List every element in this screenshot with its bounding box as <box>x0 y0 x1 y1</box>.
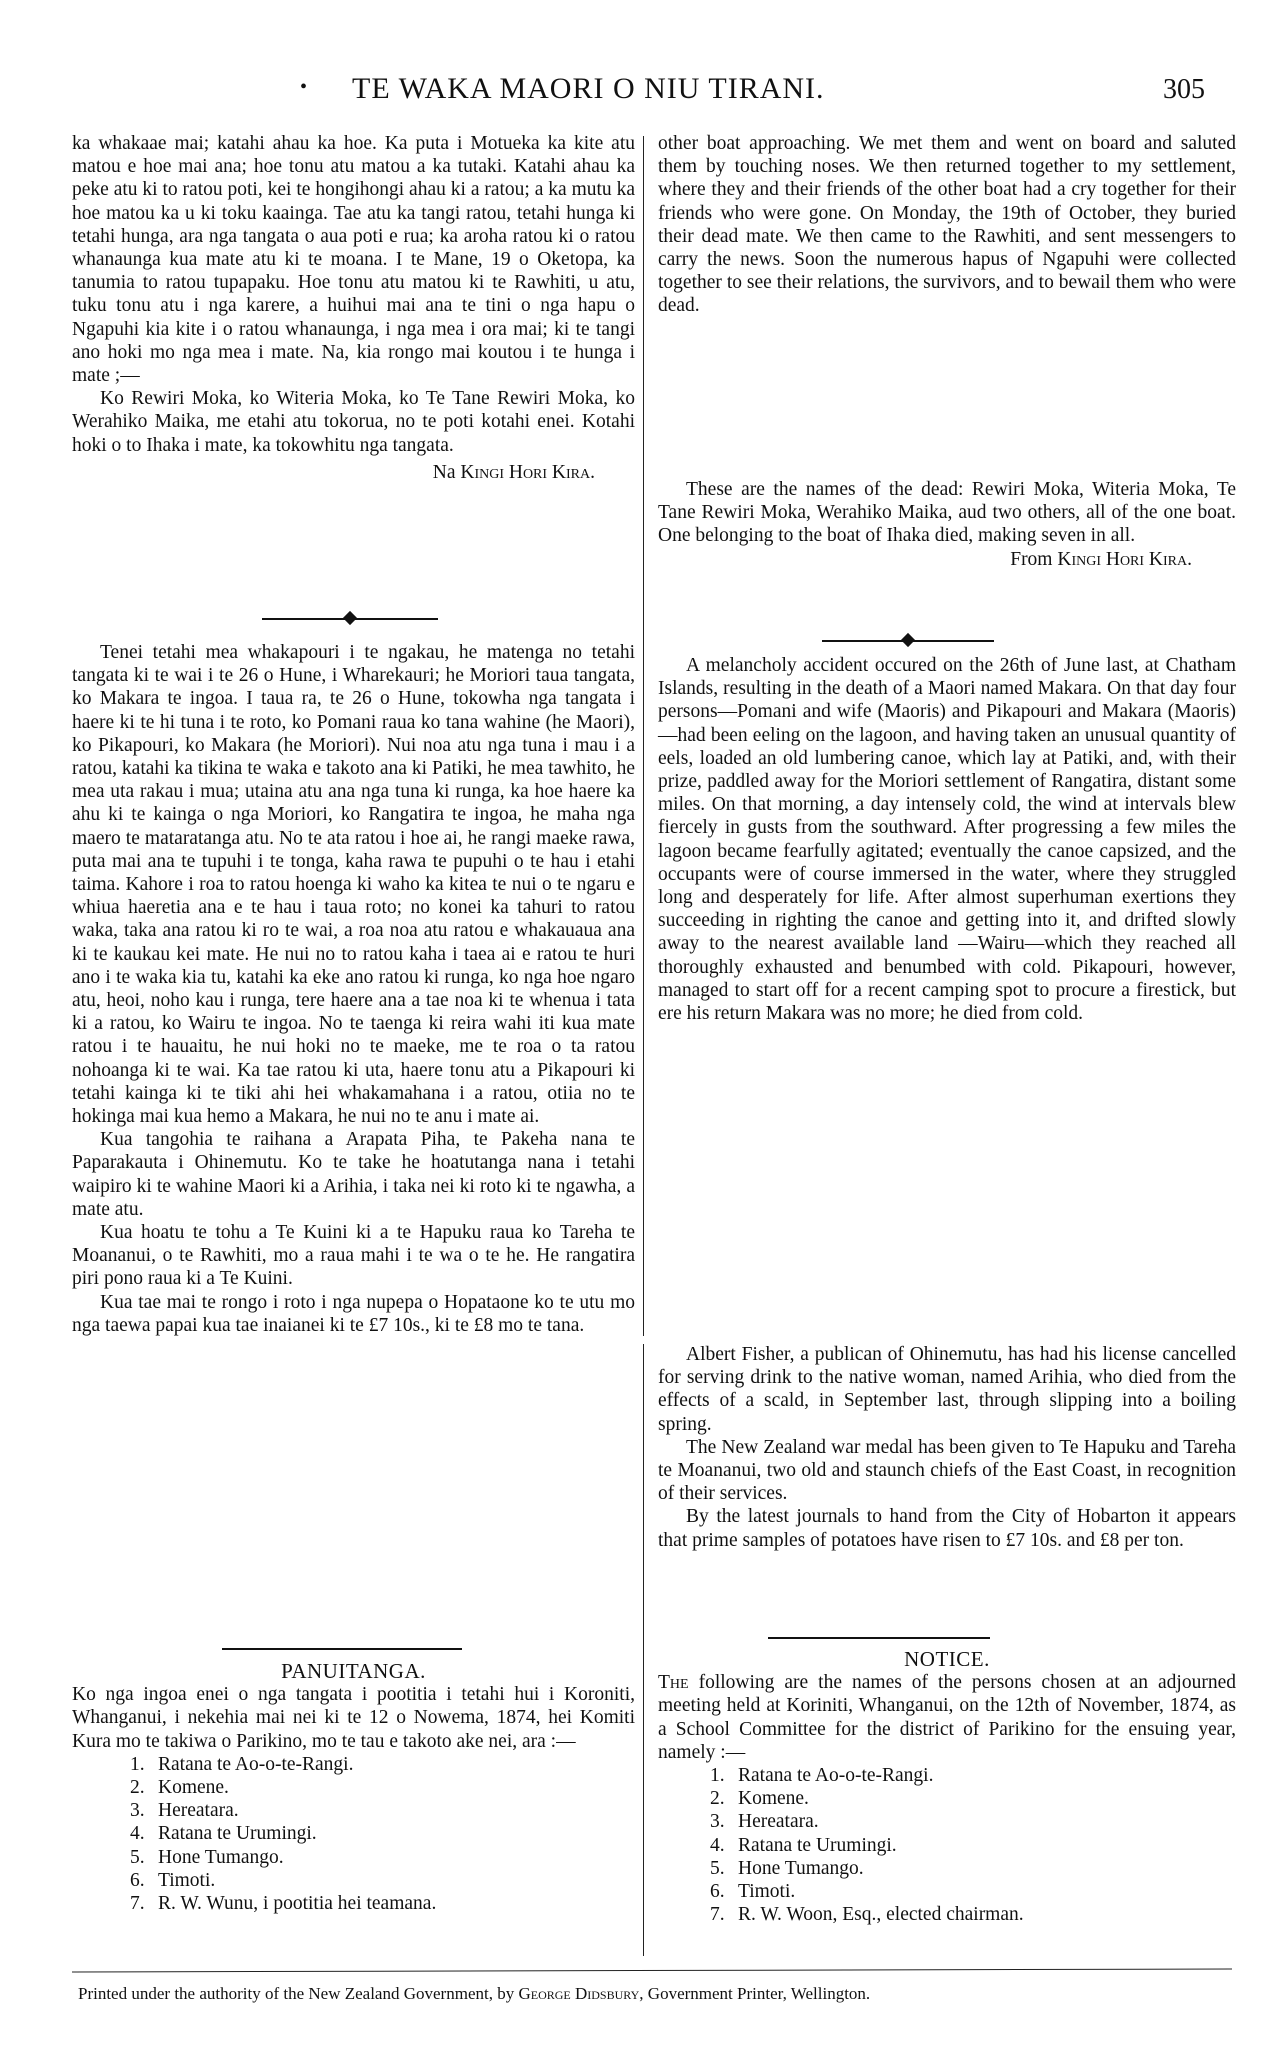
news-item: The New Zealand war medal has been given… <box>658 1436 1236 1506</box>
article-paragraph: ka whakaae mai; katahi ahau ka hoe. Ka p… <box>72 132 635 387</box>
news-item: Kua hoatu te tohu a Te Kuini ki a te Hap… <box>72 1221 635 1291</box>
newspaper-title: TE WAKA MAORI O NIU TIRANI. <box>352 72 825 106</box>
article-paragraph: These are the names of the dead: Rewiri … <box>658 478 1236 548</box>
footer-divider <box>72 1968 1232 1972</box>
list-item: 2.Komene. <box>130 1776 635 1799</box>
page-header: • TE WAKA MAORI O NIU TIRANI. 305 <box>0 72 1280 112</box>
column-divider-top <box>643 136 644 1336</box>
printer-name: George Didsbury <box>518 1984 639 2003</box>
list-item: 6.Timoti. <box>130 1869 635 1892</box>
signature: From Kingi Hori Kira. <box>658 548 1236 571</box>
signature-prefix: From <box>1010 549 1052 570</box>
article-paragraph: A melancholy accident occured on the 26t… <box>658 654 1236 1025</box>
news-item: Albert Fisher, a publican of Ohinemutu, … <box>658 1343 1236 1436</box>
news-item: By the latest journals to hand from the … <box>658 1505 1236 1551</box>
right-column-names-of-dead: These are the names of the dead: Rewiri … <box>658 478 1236 571</box>
section-divider <box>768 1637 990 1639</box>
page-number: 305 <box>1163 74 1205 106</box>
notice-heading: PANUITANGA. <box>72 1660 635 1683</box>
committee-list: 1.Ratana te Ao-o-te-Rangi. 2.Komene. 3.H… <box>658 1764 1236 1926</box>
column-divider-bottom <box>643 1344 644 1956</box>
notice-intro: The following are the names of the perso… <box>658 1671 1236 1764</box>
right-column-english-letter: other boat approaching. We met them and … <box>658 132 1236 318</box>
notice-intro: Ko nga ingoa enei o nga tangata i pootit… <box>72 1683 635 1753</box>
notice-heading: NOTICE. <box>658 1648 1236 1671</box>
ornament-dot: • <box>300 76 307 99</box>
list-item: 4.Ratana te Urumingi. <box>130 1822 635 1845</box>
left-column-notice: PANUITANGA. Ko nga ingoa enei o nga tang… <box>72 1660 635 1915</box>
list-item: 1.Ratana te Ao-o-te-Rangi. <box>710 1764 1236 1787</box>
right-column-notice: NOTICE. The following are the names of t… <box>658 1648 1236 1926</box>
list-item: 3.Hereatara. <box>710 1810 1236 1833</box>
article-paragraph: Ko Rewiri Moka, ko Witeria Moka, ko Te T… <box>72 387 635 457</box>
diamond-icon <box>901 633 915 647</box>
ornamental-divider <box>262 610 438 628</box>
right-column-news: Albert Fisher, a publican of Ohinemutu, … <box>658 1343 1236 1552</box>
news-item: Kua tae mai te rongo i roto i nga nupepa… <box>72 1291 635 1337</box>
section-divider <box>222 1648 462 1650</box>
list-item: 2.Komene. <box>710 1787 1236 1810</box>
article-paragraph: Tenei tetahi mea whakapouri i te ngakau,… <box>72 641 635 1128</box>
list-item: 5.Hone Tumango. <box>130 1846 635 1869</box>
committee-list: 1.Ratana te Ao-o-te-Rangi. 2.Komene. 3.H… <box>72 1753 635 1915</box>
list-item: 4.Ratana te Urumingi. <box>710 1834 1236 1857</box>
left-column-maori-letter: ka whakaae mai; katahi ahau ka hoe. Ka p… <box>72 132 635 484</box>
list-item: 5.Hone Tumango. <box>710 1857 1236 1880</box>
signature: Na Kingi Hori Kira. <box>72 461 635 484</box>
news-item: Kua tangohia te raihana a Arapata Piha, … <box>72 1128 635 1221</box>
right-column-chatham-article: A melancholy accident occured on the 26t… <box>658 654 1236 1025</box>
ornamental-divider <box>822 632 994 650</box>
list-item: 3.Hereatara. <box>130 1799 635 1822</box>
signature-prefix: Na <box>433 462 456 483</box>
signature-name: Kingi Hori Kira. <box>1057 549 1192 570</box>
list-item: 6.Timoti. <box>710 1880 1236 1903</box>
list-item: 7.R. W. Woon, Esq., elected chairman. <box>710 1903 1236 1926</box>
list-item: 1.Ratana te Ao-o-te-Rangi. <box>130 1753 635 1776</box>
article-paragraph: other boat approaching. We met them and … <box>658 132 1236 318</box>
printer-imprint: Printed under the authority of the New Z… <box>78 1984 1228 2004</box>
diamond-icon <box>343 611 357 625</box>
signature-name: Kingi Hori Kira. <box>460 462 595 483</box>
left-column-chatham-article: Tenei tetahi mea whakapouri i te ngakau,… <box>72 641 635 1337</box>
list-item: 7.R. W. Wunu, i pootitia hei teamana. <box>130 1892 635 1915</box>
